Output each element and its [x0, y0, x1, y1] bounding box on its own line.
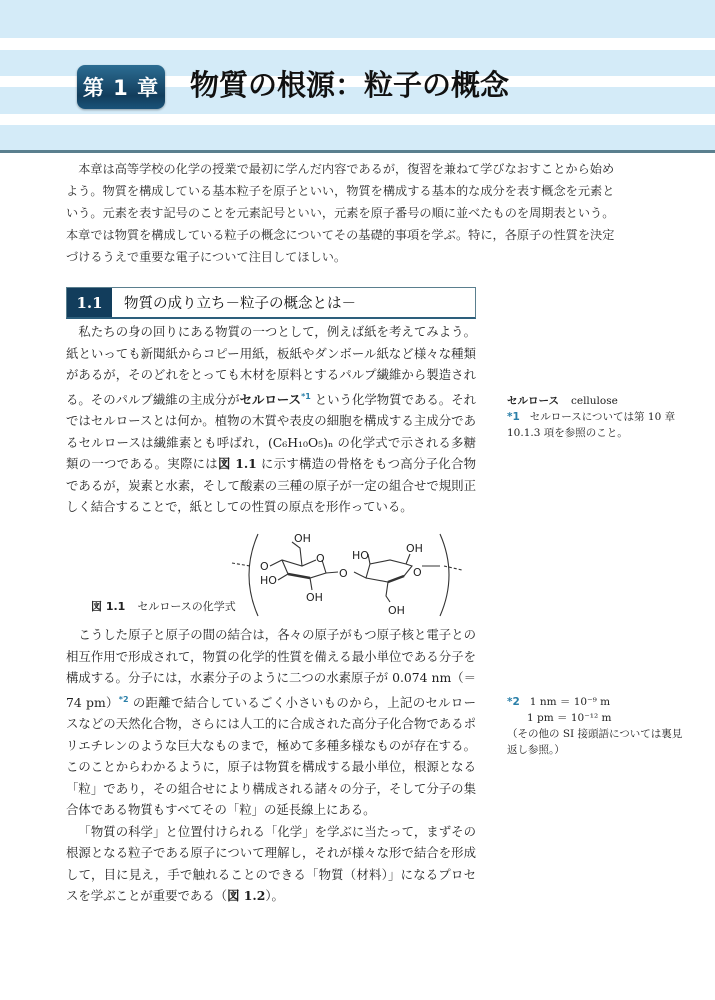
body-paragraph-1: 私たちの身の回りにある物質の一つとして，例えば紙を考えてみよう。紙といっても新聞… — [66, 321, 476, 518]
footnote-ref-1[interactable]: *1 — [301, 392, 311, 401]
svg-text:OH: OH — [388, 604, 405, 617]
svg-text:OH: OH — [406, 542, 423, 555]
footnote-mark-1: *1 — [507, 411, 520, 423]
svg-text:HO: HO — [352, 549, 369, 562]
cellulose-structure-diagram: OH O O HO OH O HO OH O OH — [230, 530, 465, 620]
body-text-block: 私たちの身の回りにある物質の一つとして，例えば紙を考えてみよう。紙といっても新聞… — [66, 321, 476, 518]
footnote-1: *1セルロースについては第 10 章 10.1.3 項を参照のこと。 — [507, 409, 692, 441]
footnote-ref-2[interactable]: *2 — [119, 695, 129, 704]
body-paragraph-2: こうした原子と原子の間の結合は，各々の原子がもつ原子核と電子との相互作用で形成さ… — [66, 624, 476, 821]
section-title: 物質の成り立ち－粒子の概念とは－ — [112, 288, 356, 317]
svg-text:OH: OH — [306, 591, 323, 604]
sidenote-1: セルロースcellulose *1セルロースについては第 10 章 10.1.3… — [507, 393, 692, 441]
figure-caption-text: セルロースの化学式 — [137, 600, 235, 613]
footnote-2-line2: 1 pm ＝ 10⁻¹² m — [507, 710, 692, 726]
footnote-2-text: （その他の SI 接頭語については裏見返し参照。） — [507, 726, 692, 758]
header-stripe — [0, 114, 715, 125]
sidenote-english: cellulose — [571, 395, 618, 407]
chapter-intro: 本章は高等学校の化学の授業で最初に学んだ内容であるが，復習を兼ねて学びなおすこと… — [66, 158, 626, 268]
svg-text:HO: HO — [260, 574, 277, 587]
chapter-title: 物質の根源：粒子の概念 — [190, 63, 509, 104]
body-text-block: こうした原子と原子の間の結合は，各々の原子がもつ原子核と電子との相互作用で形成さ… — [66, 624, 476, 907]
section-heading: 1.1 物質の成り立ち－粒子の概念とは－ — [66, 287, 476, 319]
figure-ref-1-2[interactable]: 図 1.2 — [227, 888, 265, 903]
svg-text:O: O — [339, 567, 348, 580]
footnote-2-line1: *21 nm ＝ 10⁻⁹ m — [507, 694, 692, 710]
figure-caption: 図 1.1セルロースの化学式 — [91, 598, 236, 614]
sidenote-term-row: セルロースcellulose — [507, 393, 692, 409]
intro-paragraph: 本章は高等学校の化学の授業で最初に学んだ内容であるが，復習を兼ねて学びなおすこと… — [66, 158, 626, 268]
sidenote-term: セルロース — [507, 395, 559, 407]
body-paragraph-3: 「物質の科学」と位置付けられる「化学」を学ぶに当たって，まずその根源となる粒子で… — [66, 821, 476, 907]
text-run: の距離で結合しているごく小さいものから，上記のセルロースなどの天然化合物，さらに… — [66, 695, 476, 818]
atom-oh: OH — [294, 532, 311, 545]
footnote-1-text: セルロースについては第 10 章 10.1.3 項を参照のこと。 — [507, 411, 675, 439]
text-run: ）。 — [265, 888, 284, 903]
figure-label: 図 1.1 — [91, 600, 125, 613]
chapter-badge: 第 1 章 — [77, 65, 165, 109]
svg-text:O: O — [260, 560, 269, 573]
section-number: 1.1 — [67, 288, 112, 317]
unit-nm: 1 nm ＝ 10⁻⁹ m — [530, 696, 610, 708]
footnote-mark-2: *2 — [507, 696, 520, 708]
svg-text:O: O — [413, 566, 422, 579]
header-stripe — [0, 38, 715, 50]
figure-ref-1-1[interactable]: 図 1.1 — [218, 456, 257, 471]
sidenote-2: *21 nm ＝ 10⁻⁹ m 1 pm ＝ 10⁻¹² m （その他の SI … — [507, 694, 692, 758]
svg-text:O: O — [316, 552, 325, 565]
cellulose-structure-figure: OH O O HO OH O HO OH O OH — [230, 530, 465, 620]
chapter-header: 第 1 章 物質の根源：粒子の概念 — [0, 0, 715, 152]
term-cellulose: セルロース — [240, 392, 301, 407]
header-divider — [0, 150, 715, 153]
